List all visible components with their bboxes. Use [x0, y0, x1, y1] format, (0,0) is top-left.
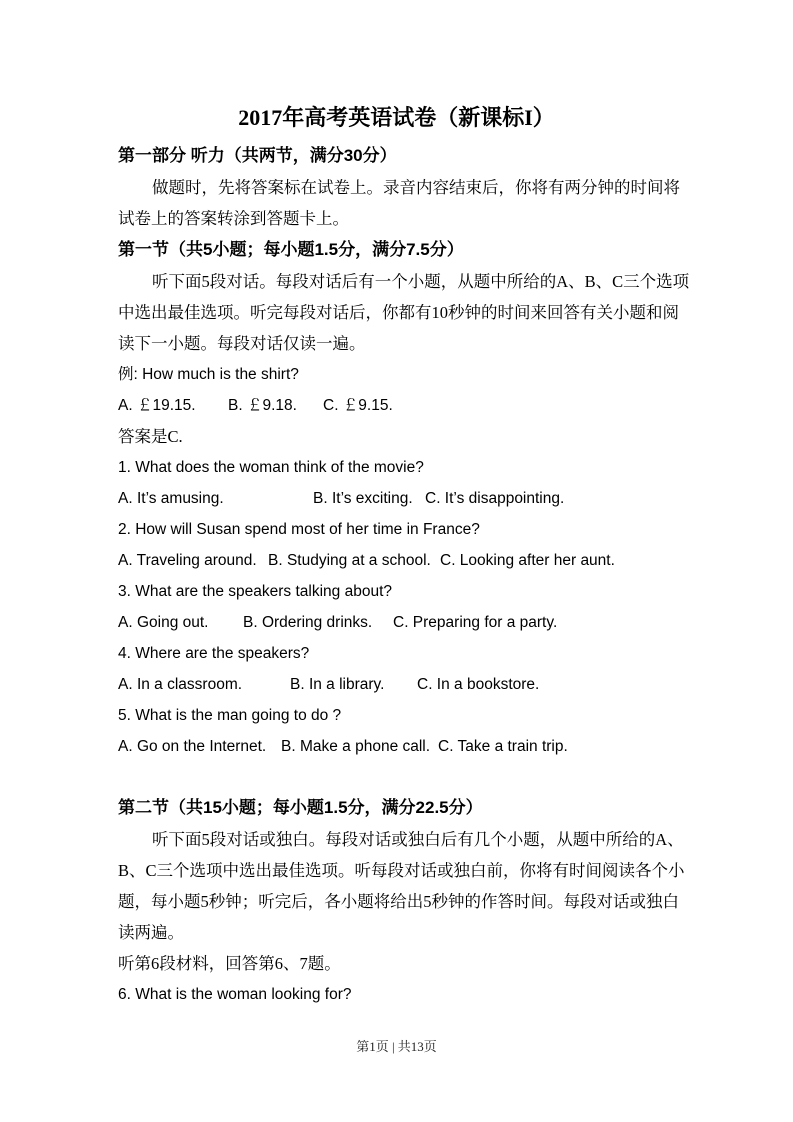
exam-document-page: 2017年高考英语试卷（新课标I） 第一部分 听力（共两节，满分30分） 做题时…: [0, 0, 793, 1122]
option: A. It’s amusing.: [118, 483, 313, 514]
page-content: 2017年高考英语试卷（新课标I） 第一部分 听力（共两节，满分30分） 做题时…: [0, 0, 793, 1010]
option: B. ￡9.18.: [228, 390, 323, 421]
section2-instruction-line: 读两遍。: [118, 917, 675, 948]
question-text: 1. What does the woman think of the movi…: [118, 452, 675, 483]
exam-title: 2017年高考英语试卷（新课标I）: [118, 100, 675, 136]
section1-instruction-line: 中选出最佳选项。听完每段对话后，你都有10秒钟的时间来回答有关小题和阅: [118, 297, 675, 328]
question-text: 2. How will Susan spend most of her time…: [118, 514, 675, 545]
question-options-row: A. Going out. B. Ordering drinks. C. Pre…: [118, 607, 675, 638]
section2-instruction-line: B、C三个选项中选出最佳选项。听每段对话或独白前，你将有时间阅读各个小: [118, 855, 675, 886]
option: C. In a bookstore.: [417, 669, 539, 700]
section2-instruction-line: 题，每小题5秒钟；听完后，各小题将给出5秒钟的作答时间。每段对话或独白: [118, 886, 675, 917]
question-text: 5. What is the man going to do ?: [118, 700, 675, 731]
option: C. Preparing for a party.: [393, 607, 557, 638]
option: C. ￡9.15.: [323, 390, 393, 421]
option: A. ￡19.15.: [118, 390, 228, 421]
question-options-row: A. Go on the Internet. B. Make a phone c…: [118, 731, 675, 762]
question-text: 4. Where are the speakers?: [118, 638, 675, 669]
option: B. It’s exciting.: [313, 483, 425, 514]
option: A. Going out.: [118, 607, 243, 638]
part1-instruction-line: 试卷上的答案转涂到答题卡上。: [118, 203, 675, 234]
question-options-row: A. It’s amusing. B. It’s exciting. C. It…: [118, 483, 675, 514]
option: A. In a classroom.: [118, 669, 290, 700]
material-note: 听第6段材料，回答第6、7题。: [118, 948, 675, 979]
option: B. Studying at a school.: [268, 545, 440, 576]
option: A. Traveling around.: [118, 545, 268, 576]
part1-heading: 第一部分 听力（共两节，满分30分）: [118, 140, 675, 172]
part1-instruction-line: 做题时，先将答案标在试卷上。录音内容结束后，你将有两分钟的时间将: [118, 172, 675, 203]
option: B. Make a phone call.: [281, 731, 438, 762]
option: C. It’s disappointing.: [425, 483, 564, 514]
option: C. Take a train trip.: [438, 731, 568, 762]
page-footer: 第1页 | 共13页: [0, 1036, 793, 1055]
section1-instruction-line: 读下一小题。每段对话仅读一遍。: [118, 328, 675, 359]
example-options-row: A. ￡19.15. B. ￡9.18. C. ￡9.15.: [118, 390, 675, 421]
spacer: [118, 762, 675, 792]
section2-instruction-line: 听下面5段对话或独白。每段对话或独白后有几个小题，从题中所给的A、: [118, 824, 675, 855]
example-prompt: 例: How much is the shirt?: [118, 359, 675, 390]
section1-heading: 第一节（共5小题；每小题1.5分，满分7.5分）: [118, 234, 675, 266]
option: B. In a library.: [290, 669, 417, 700]
option: B. Ordering drinks.: [243, 607, 393, 638]
question-text: 6. What is the woman looking for?: [118, 979, 675, 1010]
question-options-row: A. In a classroom. B. In a library. C. I…: [118, 669, 675, 700]
section1-instruction-line: 听下面5段对话。每段对话后有一个小题，从题中所给的A、B、C三个选项: [118, 266, 675, 297]
question-options-row: A. Traveling around. B. Studying at a sc…: [118, 545, 675, 576]
example-answer: 答案是C.: [118, 421, 675, 452]
section2-heading: 第二节（共15小题；每小题1.5分，满分22.5分）: [118, 792, 675, 824]
question-text: 3. What are the speakers talking about?: [118, 576, 675, 607]
option: A. Go on the Internet.: [118, 731, 281, 762]
option: C. Looking after her aunt.: [440, 545, 615, 576]
